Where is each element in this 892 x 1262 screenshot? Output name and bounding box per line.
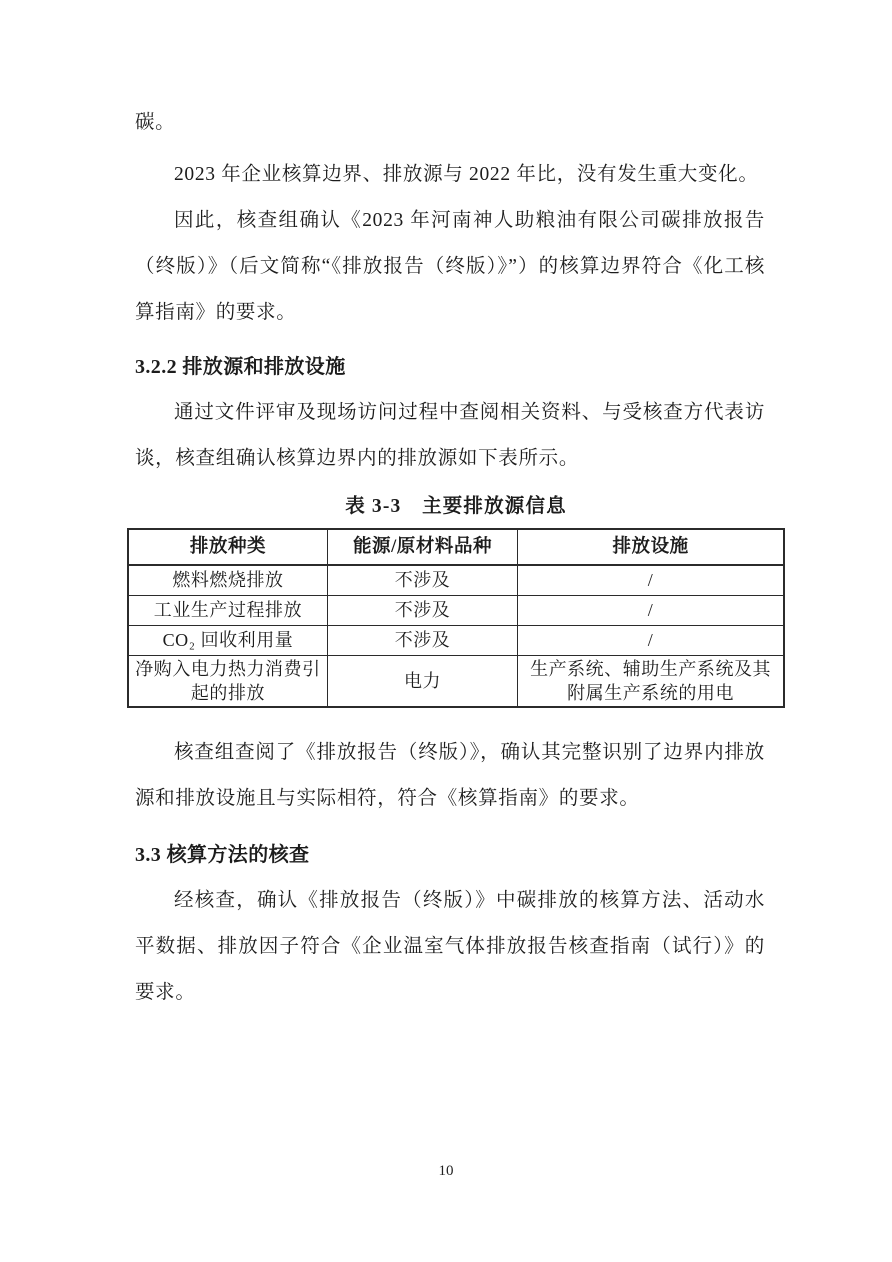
table-row-purchased-electricity: 净购入电力热力消费引起的排放 电力 生产系统、辅助生产系统及其附属生产系统的用电 <box>128 656 784 708</box>
table-cell: / <box>518 626 784 656</box>
paragraph-method-verification: 经核查，确认《排放报告（终版）》中碳排放的核算方法、活动水平数据、排放因子符合《… <box>135 878 765 1016</box>
table-cell: 电力 <box>327 656 517 708</box>
header-emission-facility: 排放设施 <box>518 529 784 565</box>
table-cell: 净购入电力热力消费引起的排放 <box>128 656 327 708</box>
table-cell: 生产系统、辅助生产系统及其附属生产系统的用电 <box>518 656 784 708</box>
header-energy-material-type: 能源/原材料品种 <box>327 529 517 565</box>
table-cell: / <box>518 565 784 596</box>
table-cell: 工业生产过程排放 <box>128 596 327 626</box>
paragraph-continuation: 碳。 <box>135 100 765 146</box>
table-cell: 不涉及 <box>327 565 517 596</box>
section-heading-3-3: 3.3 核算方法的核查 <box>135 832 765 878</box>
table-row-industrial-process: 工业生产过程排放 不涉及 / <box>128 596 784 626</box>
page-number: 10 <box>0 1163 892 1180</box>
paragraph-table-conclusion: 核查组查阅了《排放报告（终版）》，确认其完整识别了边界内排放源和排放设施且与实际… <box>135 730 765 822</box>
header-emission-type: 排放种类 <box>128 529 327 565</box>
table-cell: 不涉及 <box>327 596 517 626</box>
paragraph-boundary-change: 2023 年企业核算边界、排放源与 2022 年比，没有发生重大变化。 <box>135 152 765 198</box>
paragraph-review-process: 通过文件评审及现场访问过程中查阅相关资料、与受核查方代表访谈，核查组确认核算边界… <box>135 390 765 482</box>
document-content: 碳。 2023 年企业核算边界、排放源与 2022 年比，没有发生重大变化。 因… <box>0 0 892 1016</box>
table-row-co2-recovery: CO₂ 回收利用量 不涉及 / <box>128 626 784 656</box>
section-heading-3-2-2: 3.2.2 排放源和排放设施 <box>135 344 765 390</box>
table-cell: 燃料燃烧排放 <box>128 565 327 596</box>
table-cell: 不涉及 <box>327 626 517 656</box>
table-row-fuel-combustion: 燃料燃烧排放 不涉及 / <box>128 565 784 596</box>
emission-sources-table: 排放种类 能源/原材料品种 排放设施 燃料燃烧排放 不涉及 / 工业生产过程排放… <box>127 528 785 708</box>
paragraph-boundary-confirmation: 因此，核查组确认《2023 年河南神人助粮油有限公司碳排放报告（终版）》（后文简… <box>135 198 765 336</box>
table-caption: 表 3-3 主要排放源信息 <box>127 490 785 524</box>
table-cell: CO₂ 回收利用量 <box>128 626 327 656</box>
table-header-row: 排放种类 能源/原材料品种 排放设施 <box>128 529 784 565</box>
document-page: 碳。 2023 年企业核算边界、排放源与 2022 年比，没有发生重大变化。 因… <box>0 0 892 1262</box>
table-cell: / <box>518 596 784 626</box>
